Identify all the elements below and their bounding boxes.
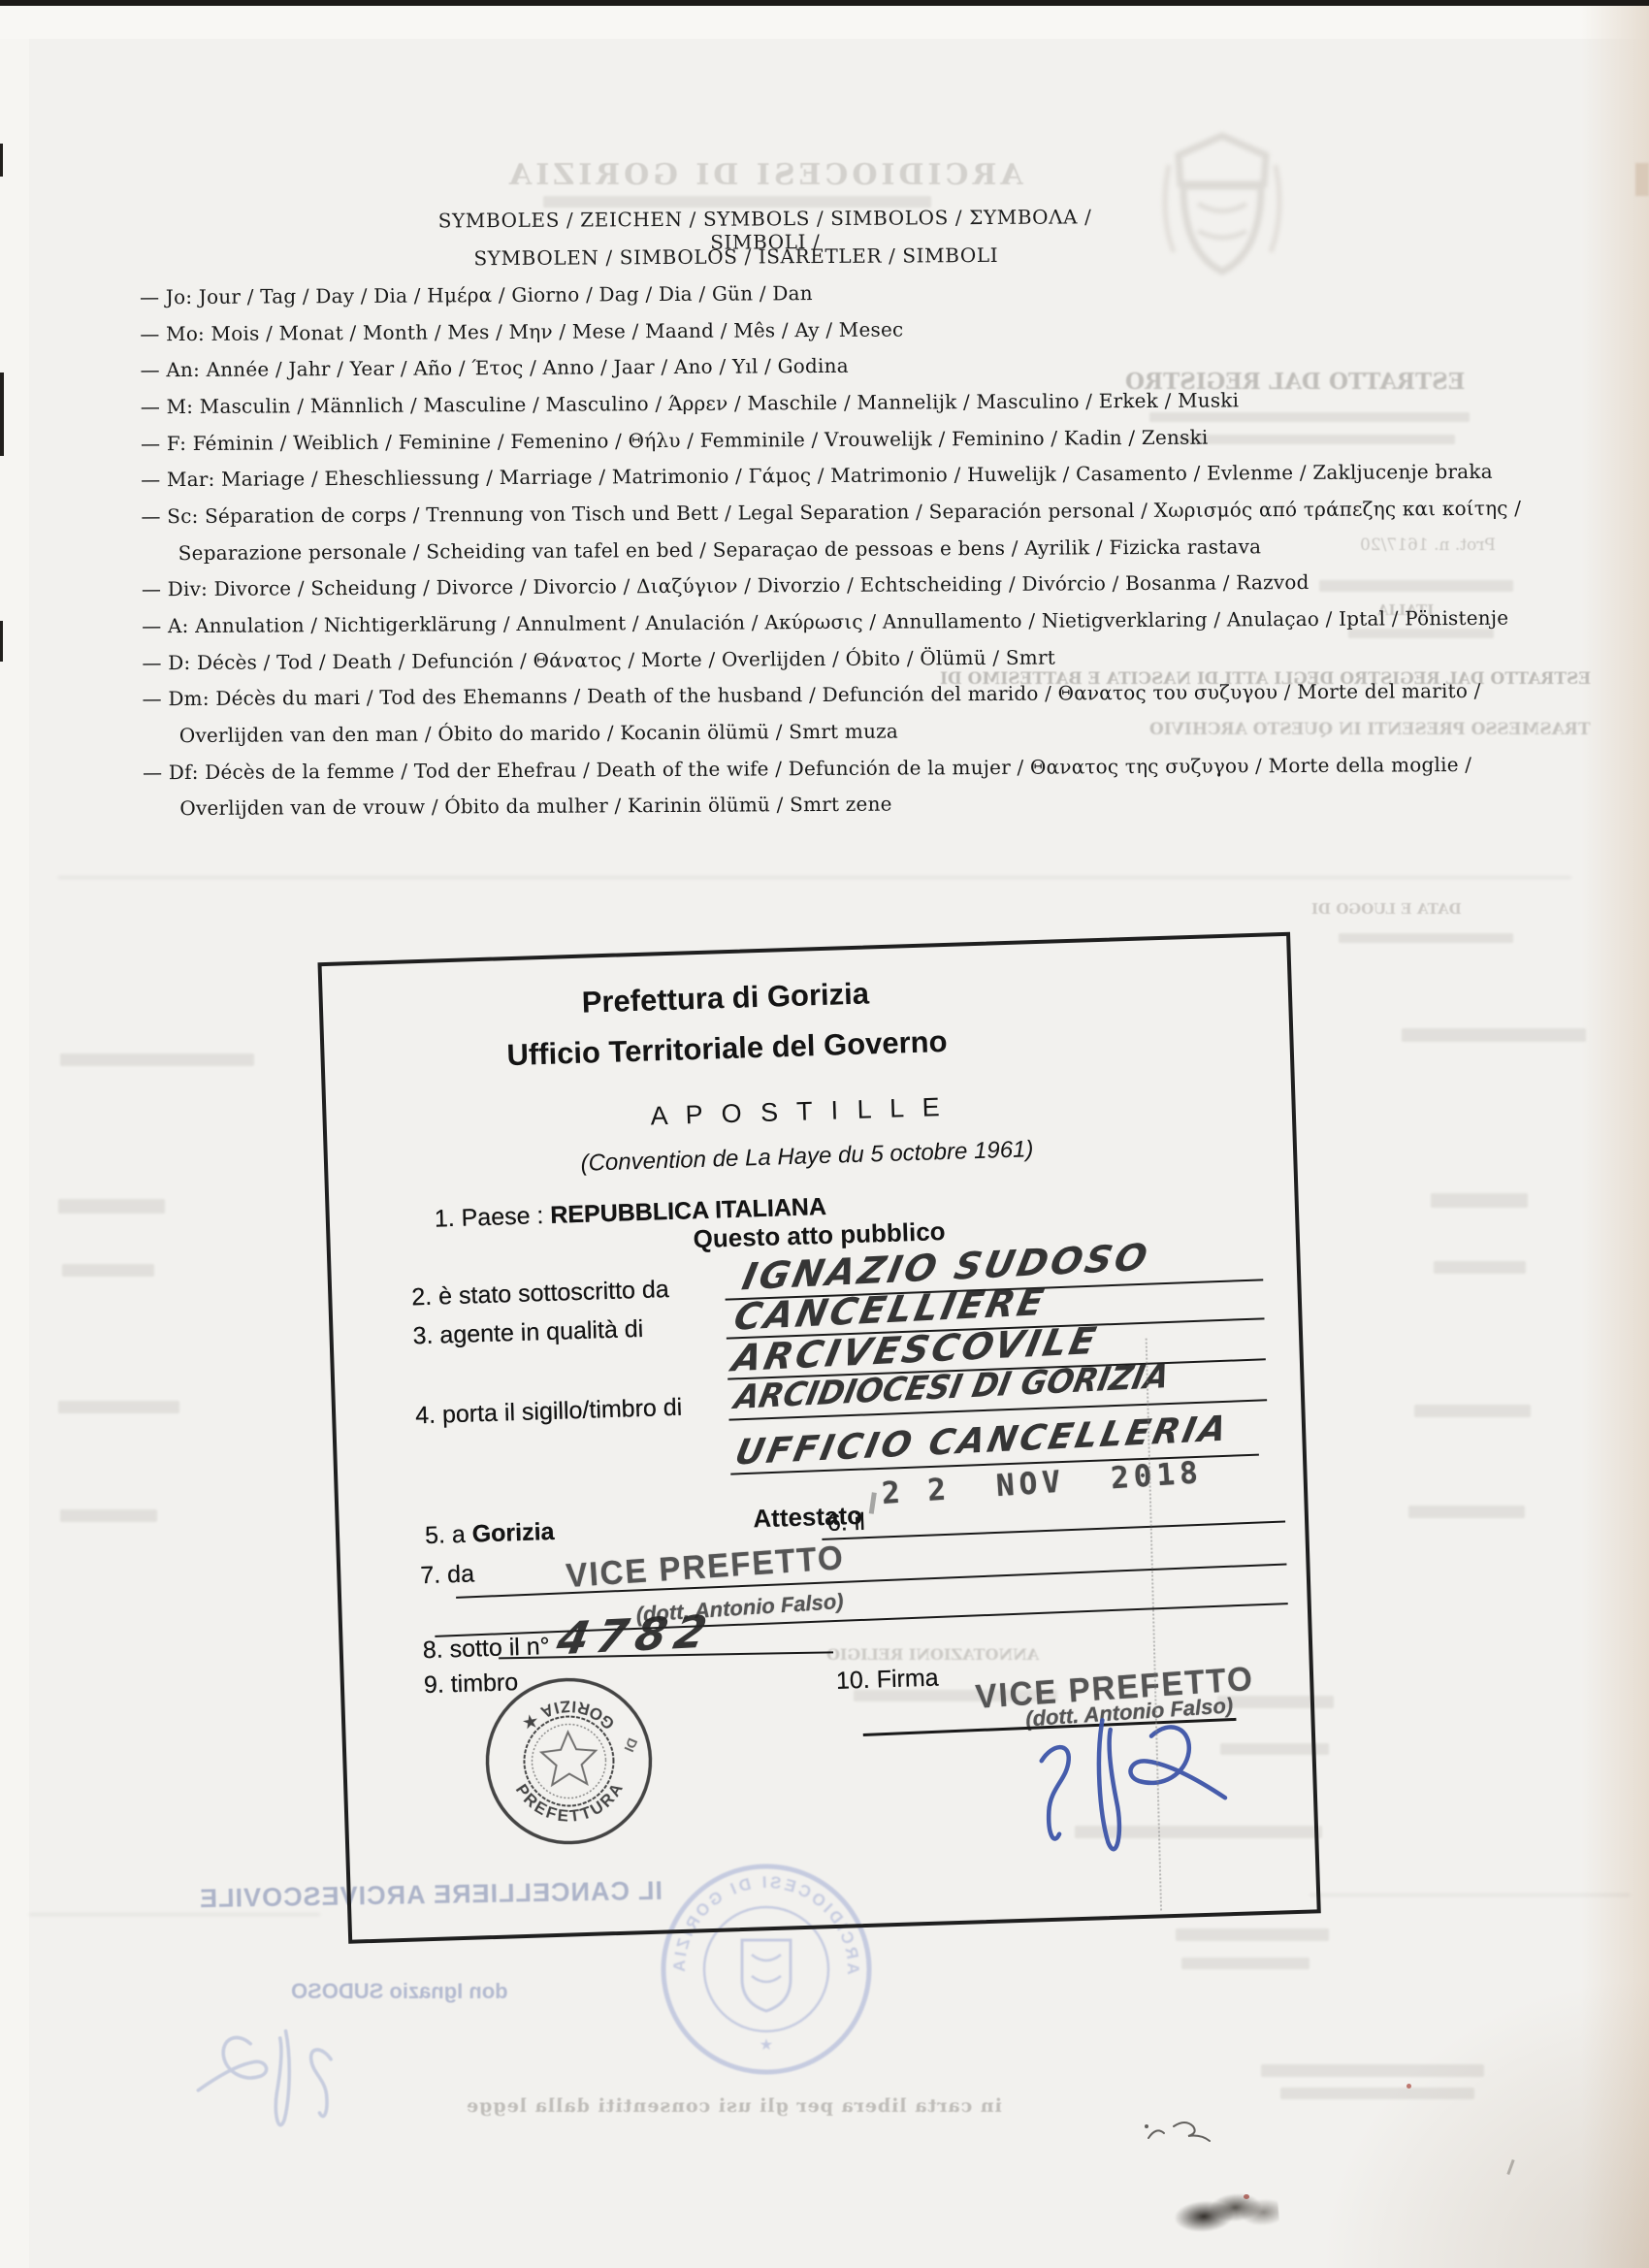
scanned-apostille-page: ARCIDIOCESI DI GORIZIA ESTRATTO DAL REGI… [0,0,1649,2268]
round-stamp-side-text: DI [621,1735,640,1754]
bleed-data-luogo: DATA E LUOGO DI [1311,900,1462,918]
bleed-data-luogo-text: DATA E LUOGO DI [1311,900,1462,918]
round-stamp-bottom-text: PREFETTURA [511,1778,629,1828]
signature-ink [1005,1704,1243,1871]
bleed-bar [58,1401,179,1413]
legend-row-continuation: Overlijden van de vrouw / Óbito da mulhe… [179,793,891,820]
legend-title-line2: SYMBOLEN / SIMBOLOS / ISARETLER / SIMBOL… [465,243,1008,270]
bleed-bar [58,1199,165,1214]
pen-scribble [1143,2115,1225,2150]
bleed-bottom-line: in carta libera per gli usi consentiti d… [466,2095,1002,2117]
bleed-bar [1431,1193,1528,1208]
bleed-bar [1339,933,1513,943]
apostille-subtitle: (Convention de La Haye du 5 octobre 1961… [565,1136,1051,1179]
bleed-bar [1414,1405,1531,1417]
apostille-title: A P O S T I L L E [555,1089,1041,1135]
field10-label: 10. Firma [836,1665,939,1696]
fold-crease [29,1913,320,1916]
apostille-header2: Ufficio Territoriale del Governo [436,1022,1018,1076]
bleed-bar [1176,1928,1329,1941]
bleed-don-line: don Ignazio SUDOSO [291,1979,508,2004]
legend-row: — D: Décès / Tod / Death / Defunción / Θ… [142,646,1055,675]
legend-row-continuation: Overlijden van den man / Óbito do marido… [179,720,898,748]
field3-label: 3. agente in qualità di [412,1315,643,1350]
prefettura-round-stamp: PREFETTURA GORIZIA ★ DI [474,1667,664,1857]
bleed-bottom-line-text: in carta libera per gli usi consentiti d… [466,2095,1002,2117]
apostille-box: Prefettura di Gorizia Ufficio Territoria… [317,932,1320,1944]
bleed-bar [1434,1261,1526,1274]
ink-smudge [1171,2187,1280,2239]
legend-row: — Jo: Jour / Tag / Day / Dia / Ημέρα / G… [140,281,813,308]
legend-row: — An: Année / Jahr / Year / Año / Έτος /… [140,354,848,381]
bleed-bar [60,1053,254,1066]
legend-row: — A: Annulation / Nichtigerklärung / Ann… [142,606,1508,638]
legend-row: — Df: Décès de la femme / Tod der Ehefra… [143,753,1471,784]
scan-corner-shadow [1319,1977,1649,2268]
bleed-don-text: don Ignazio SUDOSO [291,1979,508,2004]
svg-text:PREFETTURA: PREFETTURA [511,1778,629,1828]
date-stamp: 2 2 NOV 2018 [881,1455,1204,1511]
field5-value: Gorizia [471,1518,555,1548]
field5-label: 5. a [425,1521,467,1549]
fold-crease [1309,1894,1630,1896]
legend-row: — F: Féminin / Weiblich / Feminine / Fem… [141,426,1209,456]
bleed-bar [1408,1506,1525,1518]
fold-crease [58,876,1571,879]
legend-row: — Dm: Décès du mari / Tod des Ehemanns /… [143,679,1481,710]
red-fleck [1406,2084,1411,2089]
bleed-bar [62,1264,154,1277]
bleed-bar [1402,1028,1586,1042]
legend-row-continuation: Separazione personale / Scheiding van ta… [178,535,1262,565]
svg-text:★: ★ [760,2035,773,2054]
field5-a: 5. a Gorizia [425,1518,555,1550]
legend-row: — M: Masculin / Männlich / Masculine / M… [141,388,1240,418]
legend-row: — Mar: Mariage / Eheschliessung / Marria… [141,460,1493,492]
apostille-header1: Prefettura di Gorizia [482,973,968,1023]
field4-label: 4. porta il sigillo/timbro di [415,1394,683,1431]
symbols-legend: SYMBOLES / ZEICHEN / SYMBOLS / SIMBOLOS … [0,0,1649,878]
field2-label: 2. è stato sottoscritto da [411,1276,669,1312]
bleed-bar [1181,1958,1309,1969]
field8-label: 8. sotto il n° [422,1633,550,1665]
legend-row: — Sc: Séparation de corps / Trennung von… [141,497,1521,529]
legend-row: — Div: Divorce / Scheidung / Divorce / D… [142,570,1309,600]
field1-label: 1. Paese : [434,1202,543,1233]
bleed-signature-ink [179,2023,364,2139]
legend-row: — Mo: Mois / Monat / Month / Mes / Μην /… [140,318,903,346]
field6-label: 6. il [826,1508,865,1538]
red-fleck [1244,2194,1249,2199]
bleed-bar [60,1509,157,1522]
field7-label: 7. da [420,1560,474,1590]
